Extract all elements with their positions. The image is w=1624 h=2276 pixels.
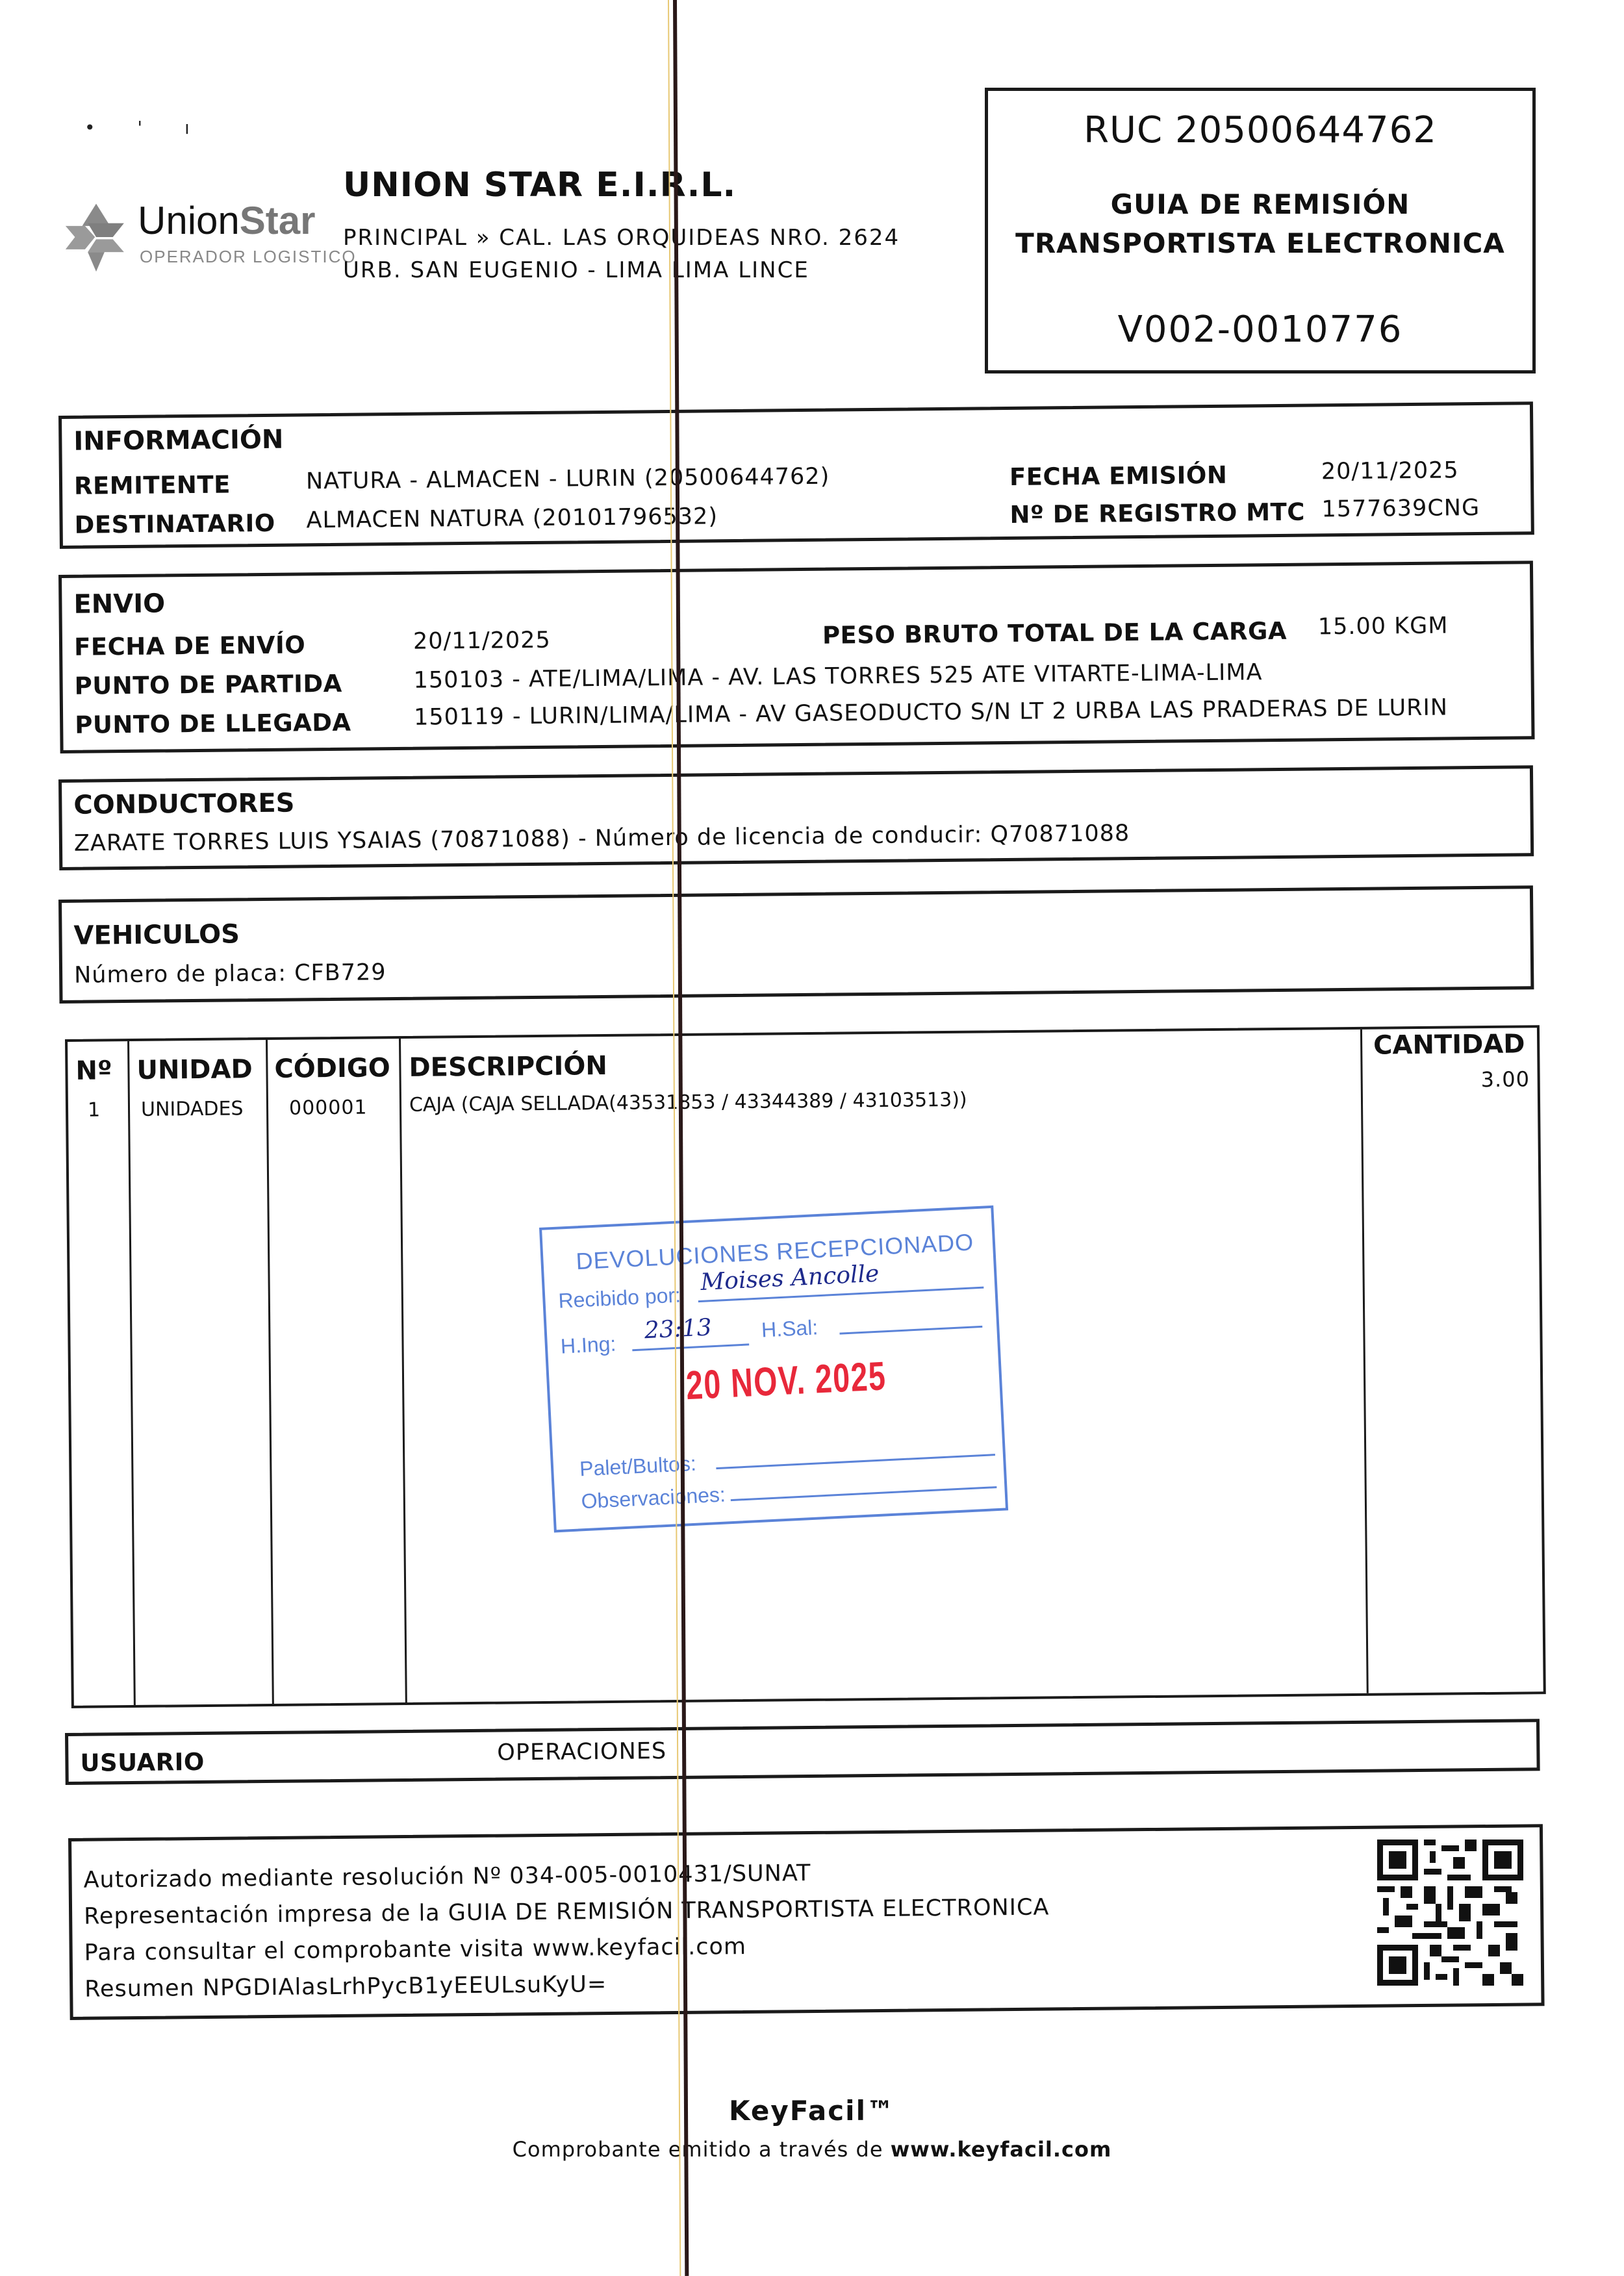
stamp-obs-label: Observaciones:	[581, 1483, 726, 1514]
stamp-underline	[839, 1326, 982, 1335]
remitente-value: NATURA - ALMACEN - LURIN (20500644762)	[306, 464, 830, 495]
punto-llegada-value: 150119 - LURIN/LIMA/LIMA - AV GASEODUCTO…	[414, 694, 1448, 730]
logo-tagline: OPERADOR LOGISTICO	[140, 247, 357, 267]
registro-mtc-value: 1577639CNG	[1321, 495, 1480, 522]
stamp-date: 20 NOV. 2025	[685, 1353, 887, 1409]
company-address-line2: URB. SAN EUGENIO - LIMA LIMA LINCE	[343, 257, 809, 283]
keyfacil-link[interactable]: www.keyfacil.com	[891, 2137, 1112, 2162]
keyfacil-subtitle-text: Comprobante emitido a través de	[513, 2137, 891, 2162]
document-title-line1: GUIA DE REMISIÓN	[988, 188, 1532, 220]
row-descripcion: CAJA (CAJA SELLADA(43531853 / 43344389 /…	[409, 1089, 967, 1117]
vehiculos-heading: VEHICULOS	[73, 919, 240, 950]
ruc-number: RUC 20500644762	[988, 109, 1532, 151]
informacion-heading: INFORMACIÓN	[73, 425, 283, 457]
table-column-divider	[127, 1041, 136, 1705]
document-title-line2: TRANSPORTISTA ELECTRONICA	[988, 227, 1532, 259]
footer-authorization: Autorizado mediante resolución Nº 034-00…	[83, 1860, 811, 1893]
fecha-envio-label: FECHA DE ENVÍO	[74, 631, 306, 661]
remitente-label: REMITENTE	[74, 470, 231, 499]
row-codigo: 000001	[289, 1096, 368, 1120]
registro-mtc-label: Nº DE REGISTRO MTC	[1009, 498, 1305, 529]
punto-partida-label: PUNTO DE PARTIDA	[74, 670, 342, 700]
row-unidad: UNIDADES	[141, 1097, 244, 1121]
table-column-divider	[266, 1040, 274, 1704]
stamp-hing-label: H.Ing:	[560, 1332, 616, 1358]
document-serie: V002-0010776	[988, 309, 1532, 351]
conductores-section: CONDUCTORES ZARATE TORRES LUIS YSAIAS (7…	[58, 765, 1534, 870]
table-row: 1 UNIDADES 000001 CAJA (CAJA SELLADA(435…	[68, 1028, 1537, 1042]
row-no: 1	[88, 1098, 101, 1121]
usuario-section: USUARIO OPERACIONES	[65, 1719, 1540, 1785]
logo-wordmark: UnionStar	[138, 198, 316, 243]
row-cantidad: 3.00	[1481, 1067, 1530, 1092]
fecha-envio-value: 20/11/2025	[413, 627, 551, 655]
usuario-label: USUARIO	[80, 1748, 205, 1777]
footer-consult: Para consultar el comprobante visita www…	[84, 1934, 747, 1966]
placa-line: Número de placa: CFB729	[74, 959, 387, 989]
vehiculos-section: VEHICULOS Número de placa: CFB729	[58, 885, 1534, 1004]
stamp-underline	[731, 1486, 997, 1501]
keyfacil-brand: KeyFacil™	[0, 2095, 1624, 2127]
stamp-hing-value: 23:13	[644, 1314, 713, 1344]
stamp-underline	[716, 1454, 995, 1469]
destinatario-value: ALMACEN NATURA (20101796532)	[306, 503, 718, 533]
usuario-value: OPERACIONES	[497, 1738, 666, 1766]
column-header-no: Nº	[75, 1056, 112, 1086]
punto-partida-value: 150103 - ATE/LIMA/LIMA - AV. LAS TORRES …	[413, 659, 1262, 694]
envio-heading: ENVIO	[73, 588, 165, 619]
punto-llegada-label: PUNTO DE LLEGADA	[75, 709, 351, 739]
column-header-codigo: CÓDIGO	[274, 1053, 390, 1084]
footer-representation: Representación impresa de la GUIA DE REM…	[84, 1895, 1050, 1930]
column-header-unidad: UNIDAD	[136, 1054, 253, 1085]
stamp-recibido-label: Recibido por:	[558, 1283, 681, 1313]
reception-stamp: DEVOLUCIONES RECEPCIONADO Recibido por: …	[539, 1206, 1008, 1533]
stamp-underline	[632, 1343, 749, 1351]
column-header-descripcion: DESCRIPCIÓN	[409, 1051, 607, 1083]
destinatario-label: DESTINATARIO	[74, 509, 275, 539]
conductor-line: ZARATE TORRES LUIS YSAIAS (70871088) - N…	[74, 820, 1130, 857]
stamp-hsal-label: H.Sal:	[761, 1315, 818, 1342]
fecha-emision-label: FECHA EMISIÓN	[1009, 461, 1228, 491]
stamp-palet-label: Palet/Bultos:	[579, 1452, 696, 1482]
informacion-section: INFORMACIÓN REMITENTE NATURA - ALMACEN -…	[58, 401, 1534, 549]
table-column-divider	[399, 1039, 407, 1702]
envio-section: ENVIO FECHA DE ENVÍO 20/11/2025 PESO BRU…	[58, 561, 1535, 753]
table-column-divider	[1360, 1030, 1369, 1693]
legal-footer-box: Autorizado mediante resolución Nº 034-00…	[68, 1824, 1545, 2020]
qr-code-icon	[1377, 1840, 1523, 1986]
peso-bruto-label: PESO BRUTO TOTAL DE LA CARGA	[822, 617, 1287, 650]
column-header-cantidad: CANTIDAD	[1373, 1029, 1525, 1060]
peso-bruto-value: 15.00 KGM	[1318, 613, 1449, 640]
document-id-box: RUC 20500644762 GUIA DE REMISIÓN TRANSPO…	[985, 88, 1536, 373]
keyfacil-subtitle: Comprobante emitido a través de www.keyf…	[0, 2137, 1624, 2162]
conductores-heading: CONDUCTORES	[73, 789, 295, 820]
star-logo-icon	[57, 192, 135, 283]
scan-specks: • ' ı	[84, 117, 208, 138]
fecha-emision-value: 20/11/2025	[1321, 457, 1459, 485]
company-address-line1: PRINCIPAL » CAL. LAS ORQUIDEAS NRO. 2624	[343, 225, 900, 251]
footer-resumen: Resumen NPGDIAlasLrhPycB1yEEULsuKyU=	[84, 1971, 607, 2003]
